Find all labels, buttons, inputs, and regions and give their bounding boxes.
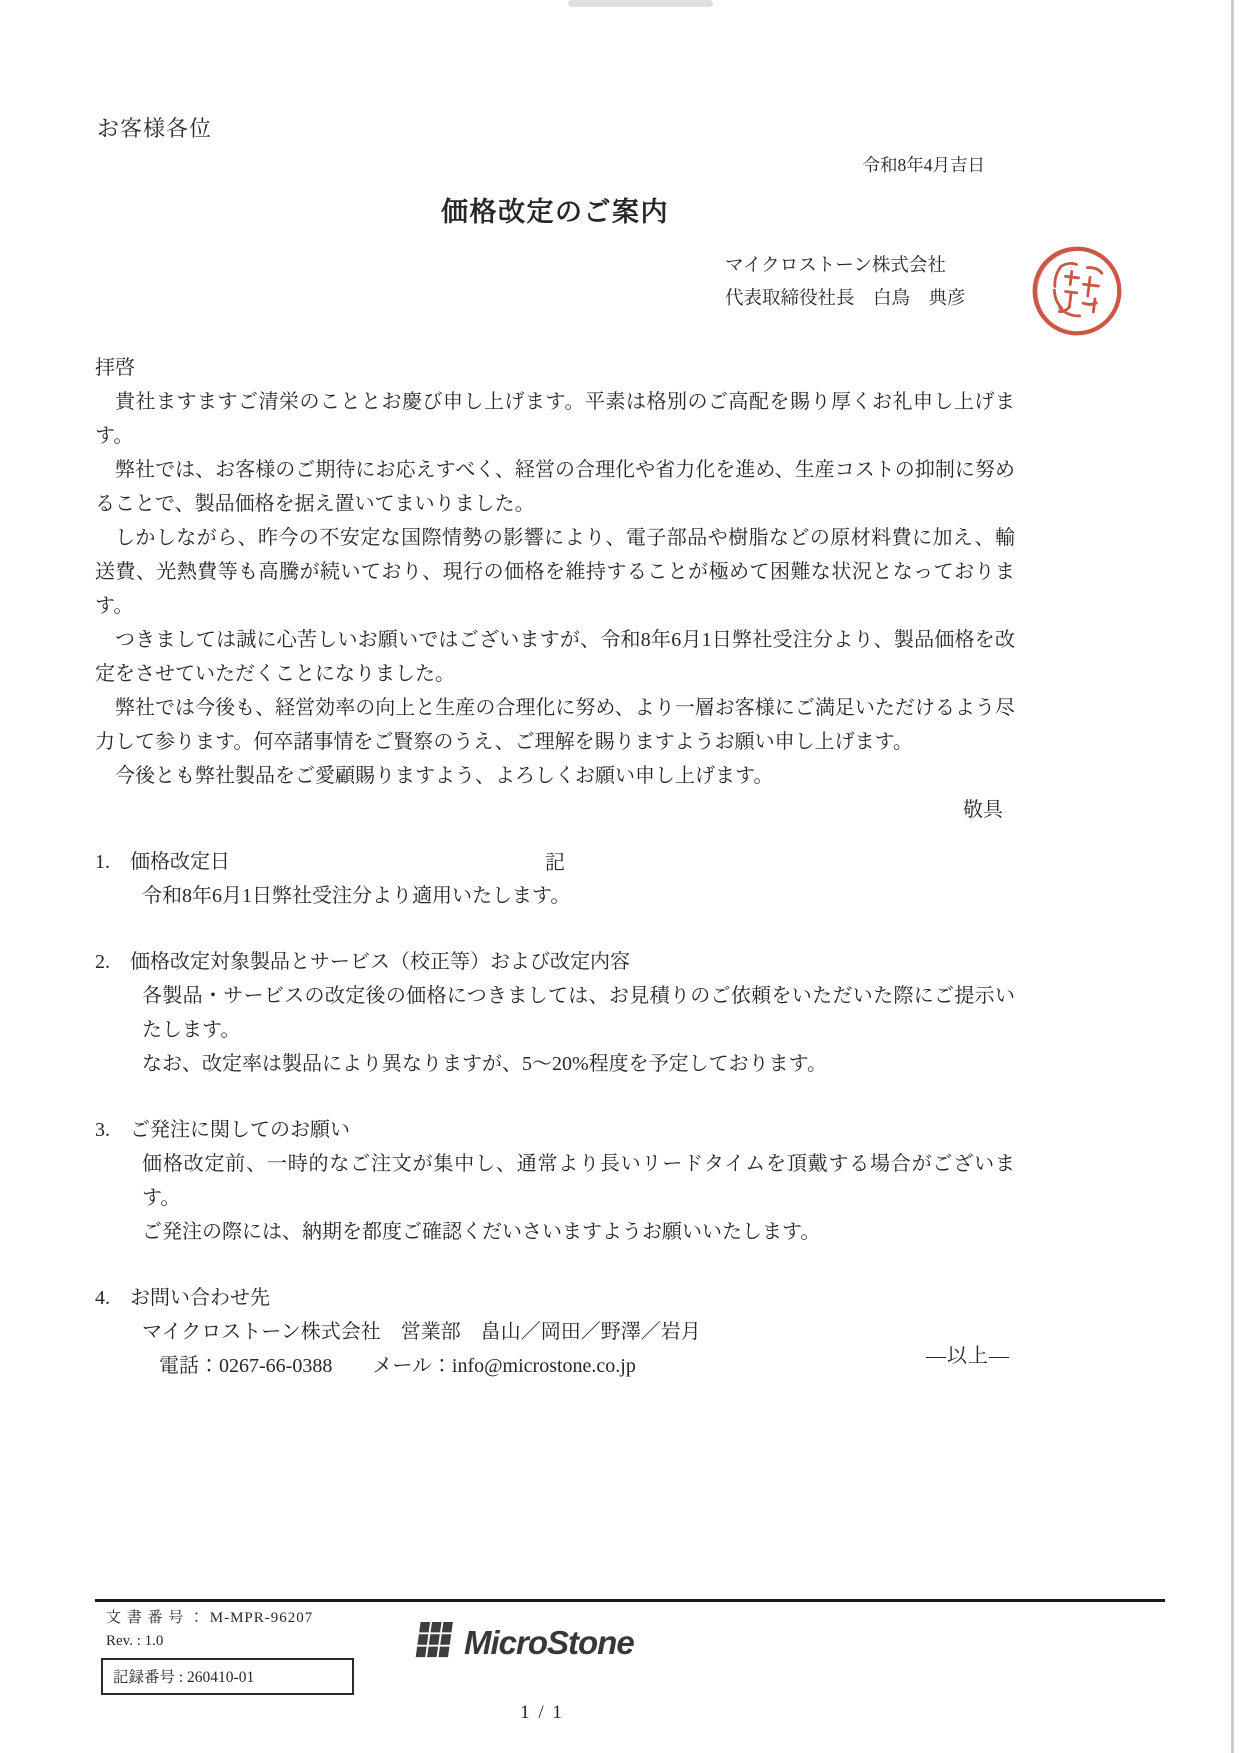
doc-number-value: M-MPR-96207 bbox=[210, 1610, 314, 1626]
paragraph-5: 弊社では今後も、経営効率の向上と生産の合理化に努め、より一層お客様にご満足いただ… bbox=[95, 691, 1015, 759]
paragraph-2: 弊社では、お客様のご期待にお応えすべく、経営の合理化や省力化を進め、生産コストの… bbox=[95, 453, 1015, 521]
item-4-number: 4. bbox=[95, 1281, 130, 1315]
item-3-number: 3. bbox=[95, 1113, 130, 1147]
page-number: 1 / 1 bbox=[95, 1702, 989, 1724]
doc-number: 文 書 番 号 ： M-MPR-96207 bbox=[106, 1606, 313, 1627]
sender-representative: 代表取締役社長 白鳥 典彦 bbox=[725, 283, 966, 316]
list-item-1: 1.価格改定日 令和8年6月1日弊社受注分より適用いたします。 bbox=[95, 845, 1015, 913]
letter-page: お客様各位 令和8年4月吉日 価格改定のご案内 マイクロストーン株式会社 代表取… bbox=[0, 0, 1240, 1753]
list-item-2: 2.価格改定対象製品とサービス（校正等）および改定内容 各製品・サービスの改定後… bbox=[95, 945, 1015, 1081]
paragraph-4: つきましては誠に心苦しいお願いではございますが、令和8年6月1日弊社受注分より、… bbox=[95, 623, 1015, 691]
page-title: 価格改定のご案内 bbox=[95, 190, 1015, 229]
paragraph-6: 今後とも弊社製品をご愛顧賜りますよう、よろしくお願い申し上げます。 bbox=[95, 759, 1015, 793]
items-list: 1.価格改定日 令和8年6月1日弊社受注分より適用いたします。 2.価格改定対象… bbox=[95, 845, 1015, 1415]
sender-company: マイクロストーン株式会社 bbox=[725, 250, 966, 283]
item-2-number: 2. bbox=[95, 945, 130, 979]
scan-edge-artifact bbox=[1231, 0, 1234, 1753]
paragraph-1: 貴社ますますご清栄のこととお慶び申し上げます。平素は格別のご高配を賜り厚くお礼申… bbox=[95, 385, 1015, 453]
microstone-logo-icon bbox=[415, 1621, 455, 1664]
revision: Rev. : 1.0 bbox=[106, 1633, 163, 1650]
item-1-line-1: 令和8年6月1日弊社受注分より適用いたします。 bbox=[95, 879, 1015, 913]
item-2-line-2: なお、改定率は製品により異なりますが、5～20%程度を予定しております。 bbox=[95, 1047, 1015, 1081]
microstone-logo-text: MicroStone bbox=[464, 1624, 634, 1662]
item-3-line-2: ご発注の際には、納期を都度ご確認くだいさいますようお願いいたします。 bbox=[95, 1215, 1015, 1249]
item-2-title: 価格改定対象製品とサービス（校正等）および改定内容 bbox=[130, 951, 630, 973]
item-3-line-1: 価格改定前、一時的なご注文が集中し、通常より長いリードタイムを頂戴する場合がござ… bbox=[95, 1147, 1015, 1215]
company-seal-icon bbox=[1030, 244, 1124, 338]
paragraph-3: しかしながら、昨今の不安定な国際情勢の影響により、電子部品や樹脂などの原材料費に… bbox=[95, 521, 1015, 623]
recipient: お客様各位 bbox=[97, 112, 212, 143]
item-4-title: お問い合わせ先 bbox=[130, 1287, 270, 1309]
item-3-title: ご発注に関してのお願い bbox=[130, 1119, 350, 1141]
scan-smudge-artifact bbox=[568, 0, 713, 7]
sender-block: マイクロストーン株式会社 代表取締役社長 白鳥 典彦 bbox=[725, 250, 966, 316]
item-1-number: 1. bbox=[95, 845, 130, 879]
footer-divider bbox=[95, 1599, 1165, 1602]
list-item-3: 3.ご発注に関してのお願い 価格改定前、一時的なご注文が集中し、通常より長いリー… bbox=[95, 1113, 1015, 1249]
salutation: 拝啓 bbox=[95, 351, 1015, 385]
item-1-title-row: 1.価格改定日 bbox=[95, 845, 1015, 879]
letter-body: 拝啓 貴社ますますご清栄のこととお慶び申し上げます。平素は格別のご高配を賜り厚く… bbox=[95, 351, 1015, 880]
item-2-title-row: 2.価格改定対象製品とサービス（校正等）および改定内容 bbox=[95, 945, 1015, 979]
item-3-title-row: 3.ご発注に関してのお願い bbox=[95, 1113, 1015, 1147]
microstone-logo: MicroStone bbox=[415, 1621, 634, 1664]
doc-number-label: 文 書 番 号 ： bbox=[106, 1610, 205, 1626]
closing-keigu: 敬具 bbox=[95, 793, 1015, 827]
document-date: 令和8年4月吉日 bbox=[95, 152, 985, 177]
item-1-title: 価格改定日 bbox=[130, 851, 230, 873]
item-2-line-1: 各製品・サービスの改定後の価格につきましては、お見積りのご依頼をいただいた際にご… bbox=[95, 979, 1015, 1047]
item-4-title-row: 4.お問い合わせ先 bbox=[95, 1281, 1015, 1315]
record-number-box: 記録番号 : 260410-01 bbox=[101, 1658, 354, 1695]
end-marker-ijou: ―以上― bbox=[95, 1339, 1010, 1368]
